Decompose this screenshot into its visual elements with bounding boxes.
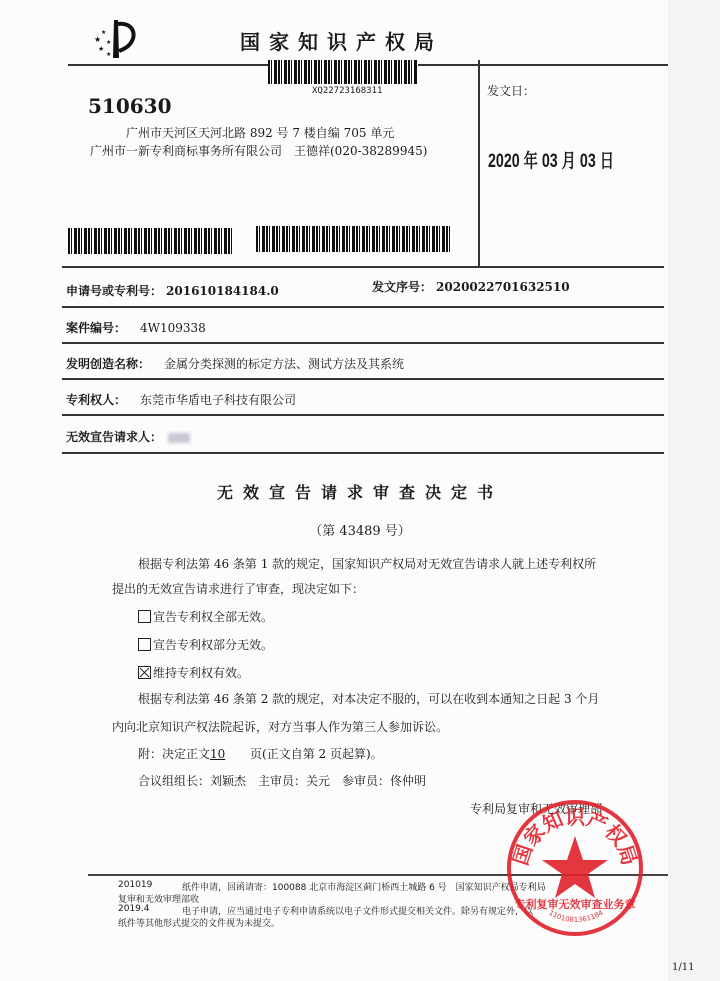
checkbox [138, 638, 151, 651]
field-value: 201610184184.0 [166, 284, 279, 298]
barcode [256, 226, 452, 252]
appeal-line-1: 根据专利法第 46 条第 2 款的规定，对本决定不服的，可以在收到本通知之日起 … [138, 690, 599, 707]
intro-line-2: 提出的无效宣告请求进行了审查，现决定如下： [112, 580, 364, 597]
field-label: 案件编号： [66, 321, 126, 335]
svg-text:★: ★ [94, 35, 101, 44]
patentee-field: 专利权人：东莞市华盾电子科技有限公司 [66, 391, 296, 408]
divider [478, 60, 480, 266]
option-full-invalid: 宣告专利权全部无效。 [138, 608, 273, 625]
attachment-pages: 10 [210, 747, 250, 761]
option-label: 宣告专利权部分无效。 [153, 638, 273, 652]
divider [62, 342, 664, 344]
svg-text:专利复审无效审查业务章: 专利复审无效审查业务章 [515, 897, 636, 911]
field-label: 发明创造名称： [66, 357, 150, 371]
attachment-suffix: 页(正文自第 2 页起算)。 [250, 747, 383, 761]
decision-number: （第 43489 号） [0, 520, 720, 539]
postcode: 510630 [88, 94, 172, 118]
field-label: 专利权人： [66, 393, 126, 407]
page-number: 1/11 [672, 962, 694, 973]
field-label: 申请号或专利号： [66, 284, 162, 298]
appeal-line-2: 内向北京知识产权法院起诉，对方当事人作为第三人参加诉讼。 [112, 718, 448, 735]
checkbox [138, 610, 151, 623]
field-label: 发文序号： [372, 280, 432, 294]
document-page: ★ ★ ★ ★ ★ 国家知识产权局 XQ22723168311 510630 广… [0, 0, 720, 981]
svg-text:★: ★ [106, 39, 111, 46]
divider [62, 378, 664, 380]
divider [62, 414, 664, 416]
option-label: 维持专利权有效。 [153, 666, 249, 680]
svg-text:★: ★ [106, 51, 111, 58]
cnipa-logo-icon: ★ ★ ★ ★ ★ [92, 18, 142, 60]
barcode [268, 60, 418, 84]
barcode [68, 228, 234, 254]
date-label: 发文日： [487, 82, 535, 99]
svg-text:★: ★ [101, 29, 106, 36]
field-value: 2020022701632510 [436, 280, 570, 294]
field-value: 金属分类探测的标定方法、测试方法及其系统 [164, 357, 404, 371]
decision-title: 无效宣告请求审查决定书 [0, 480, 720, 503]
address-line-1: 广州市天河区天河北路 892 号 7 楼自编 705 单元 [126, 124, 394, 141]
dispatch-number-field: 发文序号：2020022701632510 [372, 278, 570, 295]
attachment-prefix: 附：决定正文 [138, 747, 210, 761]
svg-text:★: ★ [98, 45, 104, 53]
divider [62, 306, 664, 308]
address-line-2: 广州市一新专利商标事务所有限公司 王德祥(020-38289945) [90, 142, 427, 159]
field-value: 东莞市华盾电子科技有限公司 [140, 393, 296, 407]
divider [62, 452, 664, 454]
attachment-line: 附：决定正文10页(正文自第 2 页起算)。 [138, 745, 383, 762]
application-number-field: 申请号或专利号：201610184184.0 [66, 282, 279, 299]
footer-code-2: 2019.4 [118, 904, 150, 914]
option-maintain-valid: 维持专利权有效。 [138, 664, 249, 681]
divider [62, 266, 664, 268]
redacted-name [168, 433, 190, 443]
invention-name-field: 发明创造名称：金属分类探测的标定方法、测试方法及其系统 [66, 355, 404, 372]
requester-field: 无效宣告请求人： [66, 428, 190, 445]
option-partial-invalid: 宣告专利权部分无效。 [138, 636, 273, 653]
intro-line-1: 根据专利法第 46 条第 1 款的规定，国家知识产权局对无效宣告请求人就上述专利… [138, 555, 596, 572]
footer-line-4: 纸件等其他形式提交的文件视为未提交。 [118, 916, 280, 929]
case-number-field: 案件编号：4W109338 [66, 319, 206, 336]
barcode-text: XQ22723168311 [312, 86, 382, 96]
panel-members: 合议组组长：刘颖杰 主审员：关元 参审员：佟仲明 [138, 772, 426, 789]
checkbox-checked [138, 666, 151, 679]
field-label: 无效宣告请求人： [66, 430, 162, 444]
official-seal-icon: 国家知识产权局 专利复审无效审查业务章 1101081361184 [505, 798, 645, 938]
field-value: 4W109338 [140, 321, 206, 335]
footer-line-1: 纸件申请，回函请寄：100088 北京市海淀区蓟门桥西土城路 6 号 国家知识产… [182, 880, 546, 893]
agency-name: 国家知识产权局 [240, 26, 443, 55]
date-value: 2020 年 03 月 03 日 [488, 146, 614, 173]
option-label: 宣告专利权全部无效。 [153, 610, 273, 624]
footer-code-1: 201019 [118, 880, 152, 890]
